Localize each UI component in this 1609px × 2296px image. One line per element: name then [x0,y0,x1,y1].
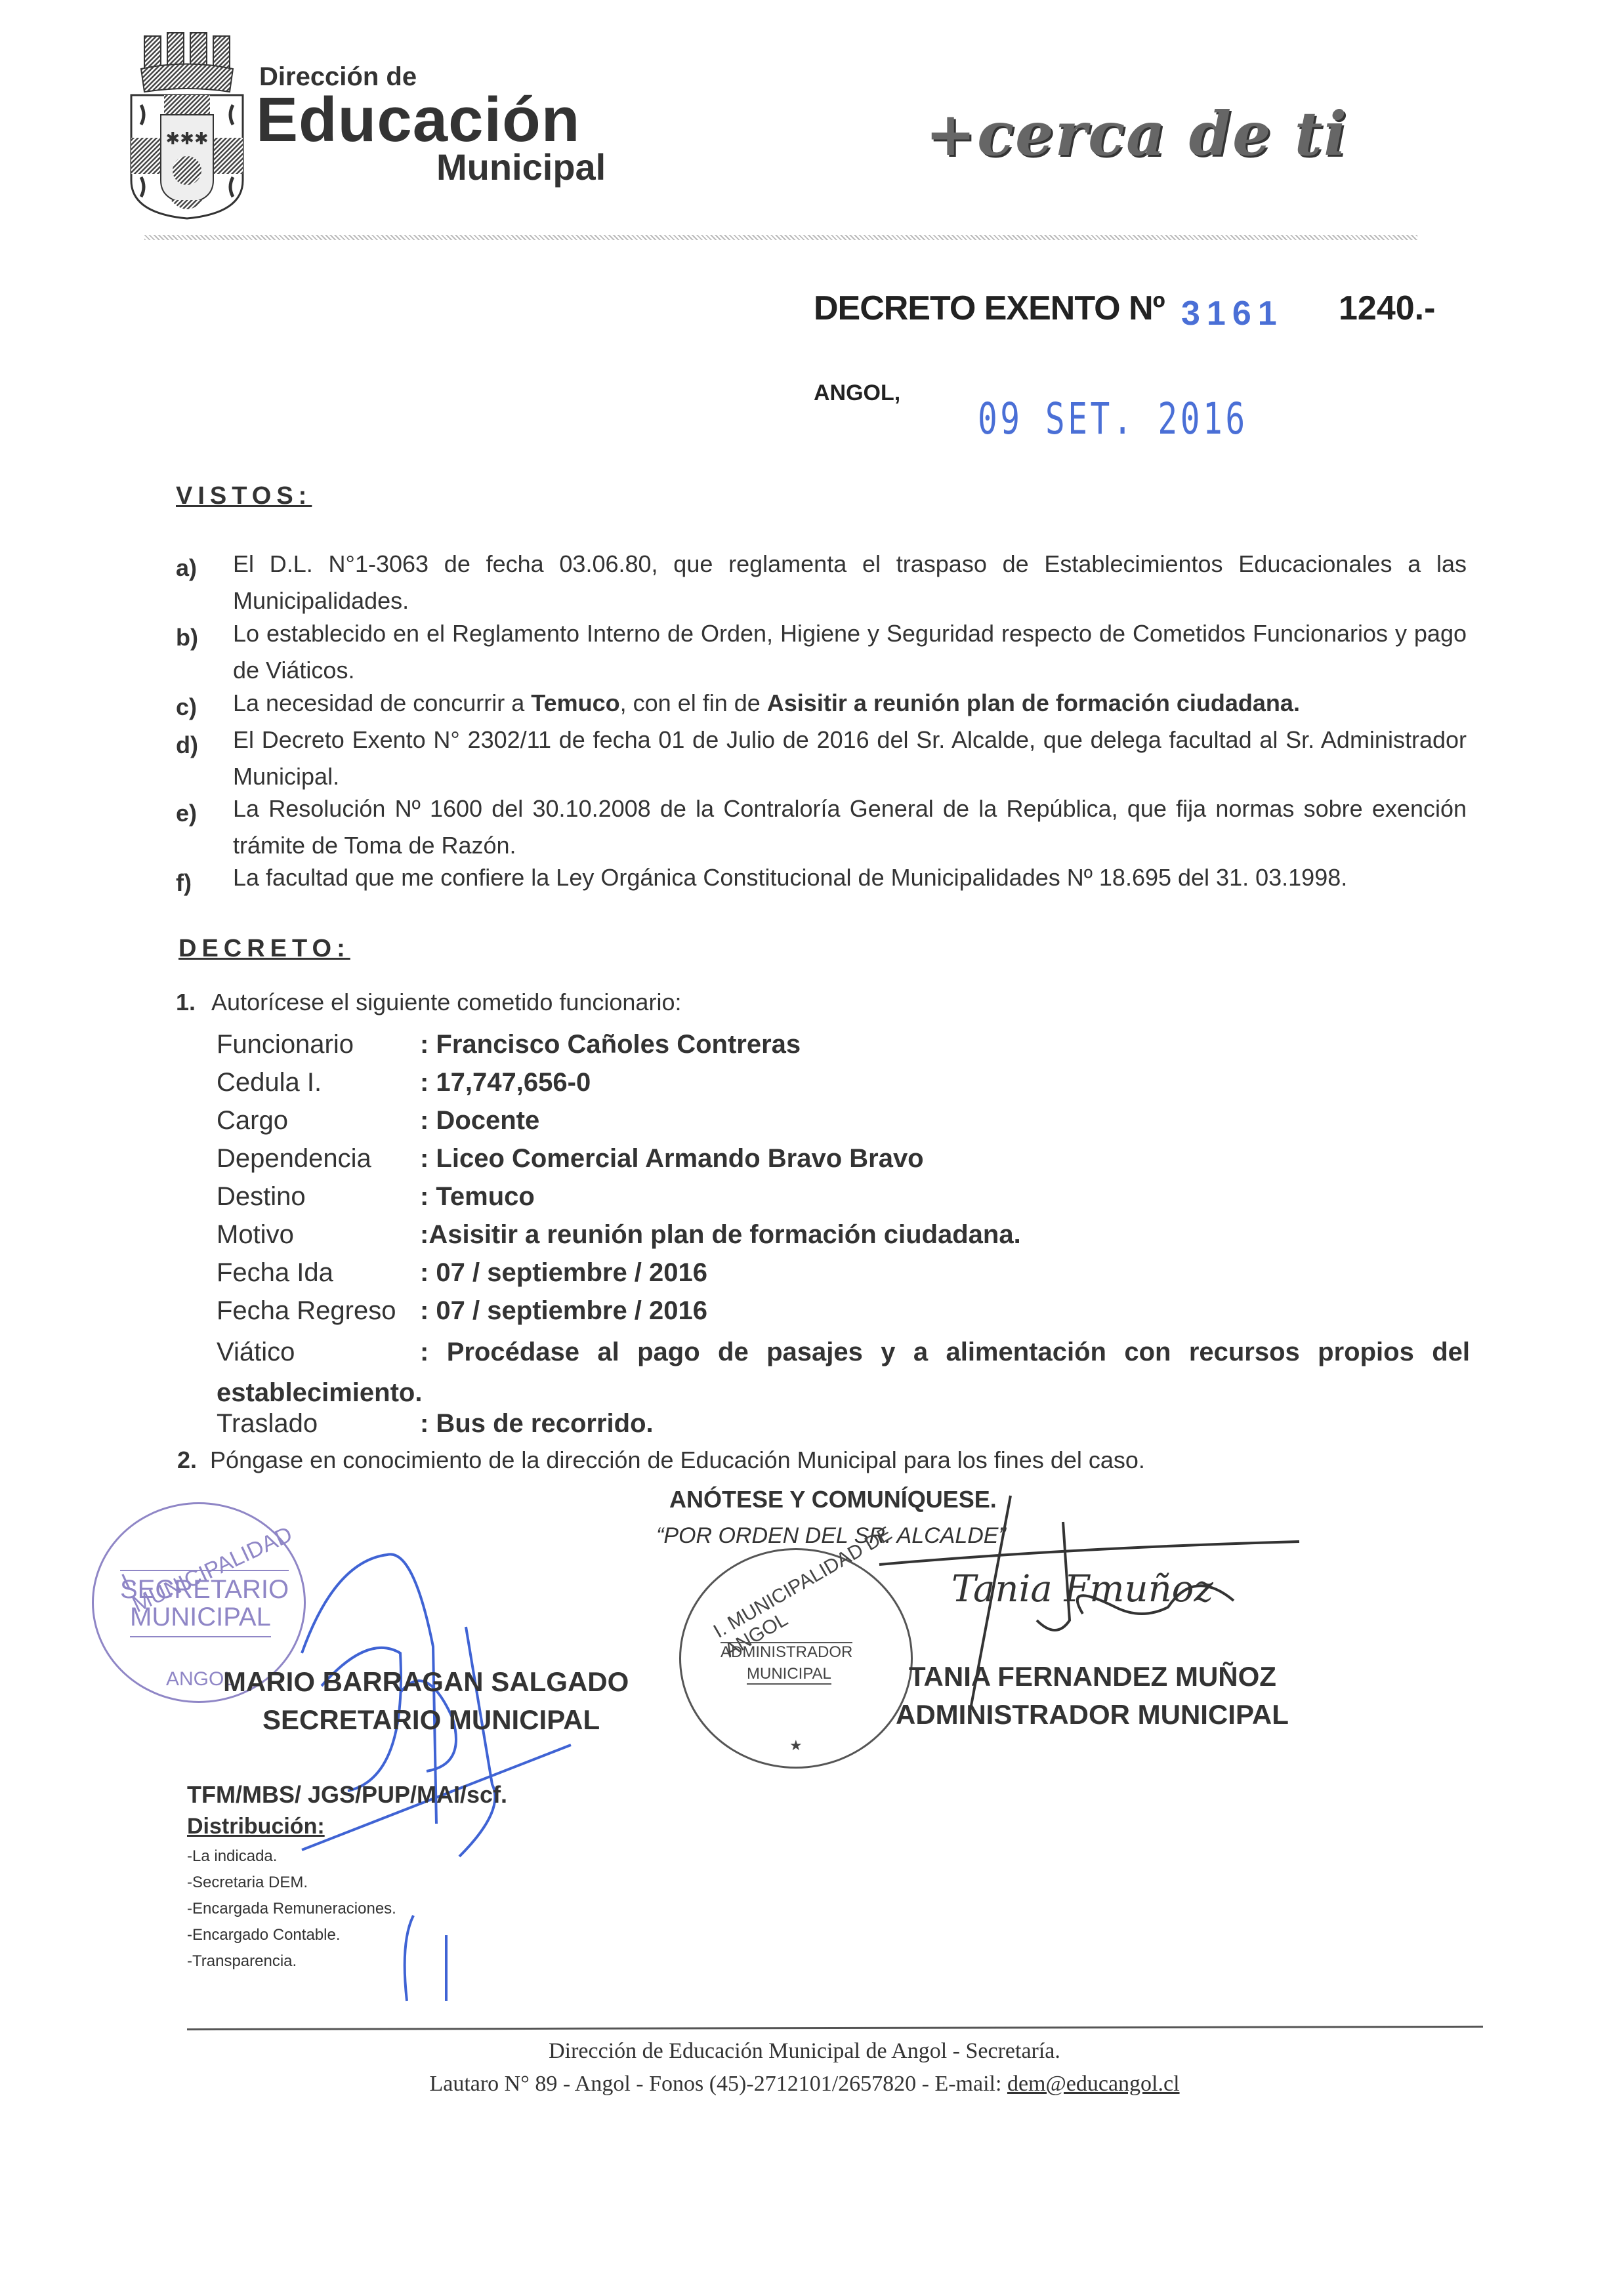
text-fragment: , con el fin de [620,689,767,716]
vistos-item-label: c) [176,689,197,726]
decreto-item-1-text: Autorícese el siguiente cometido funcion… [211,989,681,1015]
field-value: : 17,747,656-0 [420,1068,591,1097]
distribution-item: -Encargado Contable. [187,1922,396,1948]
text-fragment: La necesidad de concurrir a [233,689,531,716]
field-value: : Liceo Comercial Armando Bravo Bravo [420,1144,924,1173]
municipal-coat-of-arms-icon: ✱✱✱ [125,30,249,220]
brand-line-3: Municipal [436,146,606,188]
distribution-item: -Transparencia. [187,1948,396,1975]
field-value: : Docente [420,1106,539,1135]
field-row: Traslado: Bus de recorrido. [217,1409,654,1439]
footer-line-1: Dirección de Educación Municipal de Ango… [0,2039,1609,2064]
field-value: : 07 / septiembre / 2016 [420,1296,707,1325]
decreto-item-1-label: 1. [176,989,196,1015]
vistos-heading: VISTOS: [176,482,312,510]
star-icon: ★ [789,1737,803,1754]
field-label: Traslado [217,1409,420,1439]
distribution-heading: Distribución: [187,1814,325,1839]
field-label: Cargo [217,1106,420,1136]
vistos-item-text: Lo establecido en el Reglamento Interno … [233,615,1467,689]
distribution-list: -La indicada. -Secretaria DEM. -Encargad… [187,1843,396,1975]
svg-text:✱✱✱: ✱✱✱ [165,129,208,148]
stamp-text: MUNICIPAL [747,1665,831,1685]
decreto-item-2-text: Póngase en conocimiento de la dirección … [210,1446,1145,1473]
field-row: Fecha Ida: 07 / septiembre / 2016 [217,1258,707,1288]
initials: TFM/MBS/ JGS/PUP/MAI/scf. [187,1781,507,1809]
decreto-heading: DECRETO: [178,935,350,963]
field-row: Fecha Regreso: 07 / septiembre / 2016 [217,1296,707,1326]
slogan: +cerca de ti [925,98,1348,169]
vistos-item-text: La Resolución Nº 1600 del 30.10.2008 de … [233,790,1467,864]
vistos-item-label: d) [176,727,198,764]
secretary-role: SECRETARIO MUNICIPAL [262,1704,600,1736]
field-label: Fecha Ida [217,1258,420,1288]
decreto-item-1: 1. Autorícese el siguiente cometido func… [176,984,681,1021]
field-label: Motivo [217,1220,420,1250]
field-row: Motivo:Asisitir a reunión plan de formac… [217,1220,1021,1250]
field-row: Funcionario: Francisco Cañoles Contreras [217,1030,801,1059]
vistos-item-text: El Decreto Exento N° 2302/11 de fecha 01… [233,722,1467,795]
header-divider [144,235,1417,240]
administrator-name: TANIA FERNANDEZ MUÑOZ [909,1661,1276,1692]
field-row: Viático: Procédase al pago de pasajes y … [217,1332,1470,1413]
stamp-text: MUNICIPAL [130,1603,271,1637]
field-value: : 07 / septiembre / 2016 [420,1258,707,1287]
field-row: Cargo: Docente [217,1106,539,1136]
field-label: Dependencia [217,1144,420,1174]
vistos-item-label: f) [176,865,192,901]
destination-bold: Temuco [531,689,619,716]
footer-divider [187,2026,1483,2030]
field-row: Dependencia: Liceo Comercial Armando Bra… [217,1144,924,1174]
date-stamp: 09 SET. 2016 [978,394,1248,444]
field-row: Destino: Temuco [217,1182,535,1212]
distribution-item: -La indicada. [187,1843,396,1870]
administrator-role: ADMINISTRADOR MUNICIPAL [896,1699,1289,1731]
vistos-item-label: a) [176,550,197,586]
field-value: : Francisco Cañoles Contreras [420,1030,801,1059]
decree-stamp-number: 3161 [1181,294,1284,333]
field-value: :Asisitir a reunión plan de formación ci… [420,1220,1021,1249]
field-label: Cedula I. [217,1068,420,1097]
field-label: Fecha Regreso [217,1296,420,1326]
field-label: Funcionario [217,1030,420,1059]
secretary-name: MARIO BARRAGAN SALGADO [223,1666,629,1698]
vistos-item-label: b) [176,619,198,656]
field-row: Cedula I.: 17,747,656-0 [217,1068,591,1097]
stamp-text: SECRETARIO [120,1570,289,1605]
administrator-signature-text: Tania Fmuñoz [951,1568,1213,1610]
vistos-item-text: La facultad que me confiere la Ley Orgán… [233,859,1467,896]
footer-email-link[interactable]: dem@educangol.cl [1007,2072,1180,2096]
vistos-item-text: La necesidad de concurrir a Temuco, con … [233,685,1467,722]
footer-address: Lautaro N° 89 - Angol - Fonos (45)-27121… [429,2072,1007,2096]
field-value: : Temuco [420,1182,535,1211]
vistos-item-text: El D.L. N°1-3063 de fecha 03.06.80, que … [233,546,1467,619]
decreto-item-2: 2. Póngase en conocimiento de la direcci… [177,1442,1145,1479]
purpose-bold: Asisitir a reunión plan de formación ciu… [767,689,1300,716]
decree-title: DECRETO EXENTO Nº [814,289,1165,328]
city-label: ANGOL, [814,380,900,406]
decreto-item-2-label: 2. [177,1446,197,1473]
field-label: Viático [217,1332,420,1372]
decree-number: 1240.- [1339,289,1435,328]
field-label: Destino [217,1182,420,1212]
vistos-item-label: e) [176,795,197,832]
distribution-item: -Encargada Remuneraciones. [187,1896,396,1922]
field-value: : Bus de recorrido. [420,1409,654,1438]
distribution-item: -Secretaria DEM. [187,1870,396,1896]
stamp-text: ADMINISTRADOR [721,1642,852,1662]
footer-line-2: Lautaro N° 89 - Angol - Fonos (45)-27121… [0,2072,1609,2097]
